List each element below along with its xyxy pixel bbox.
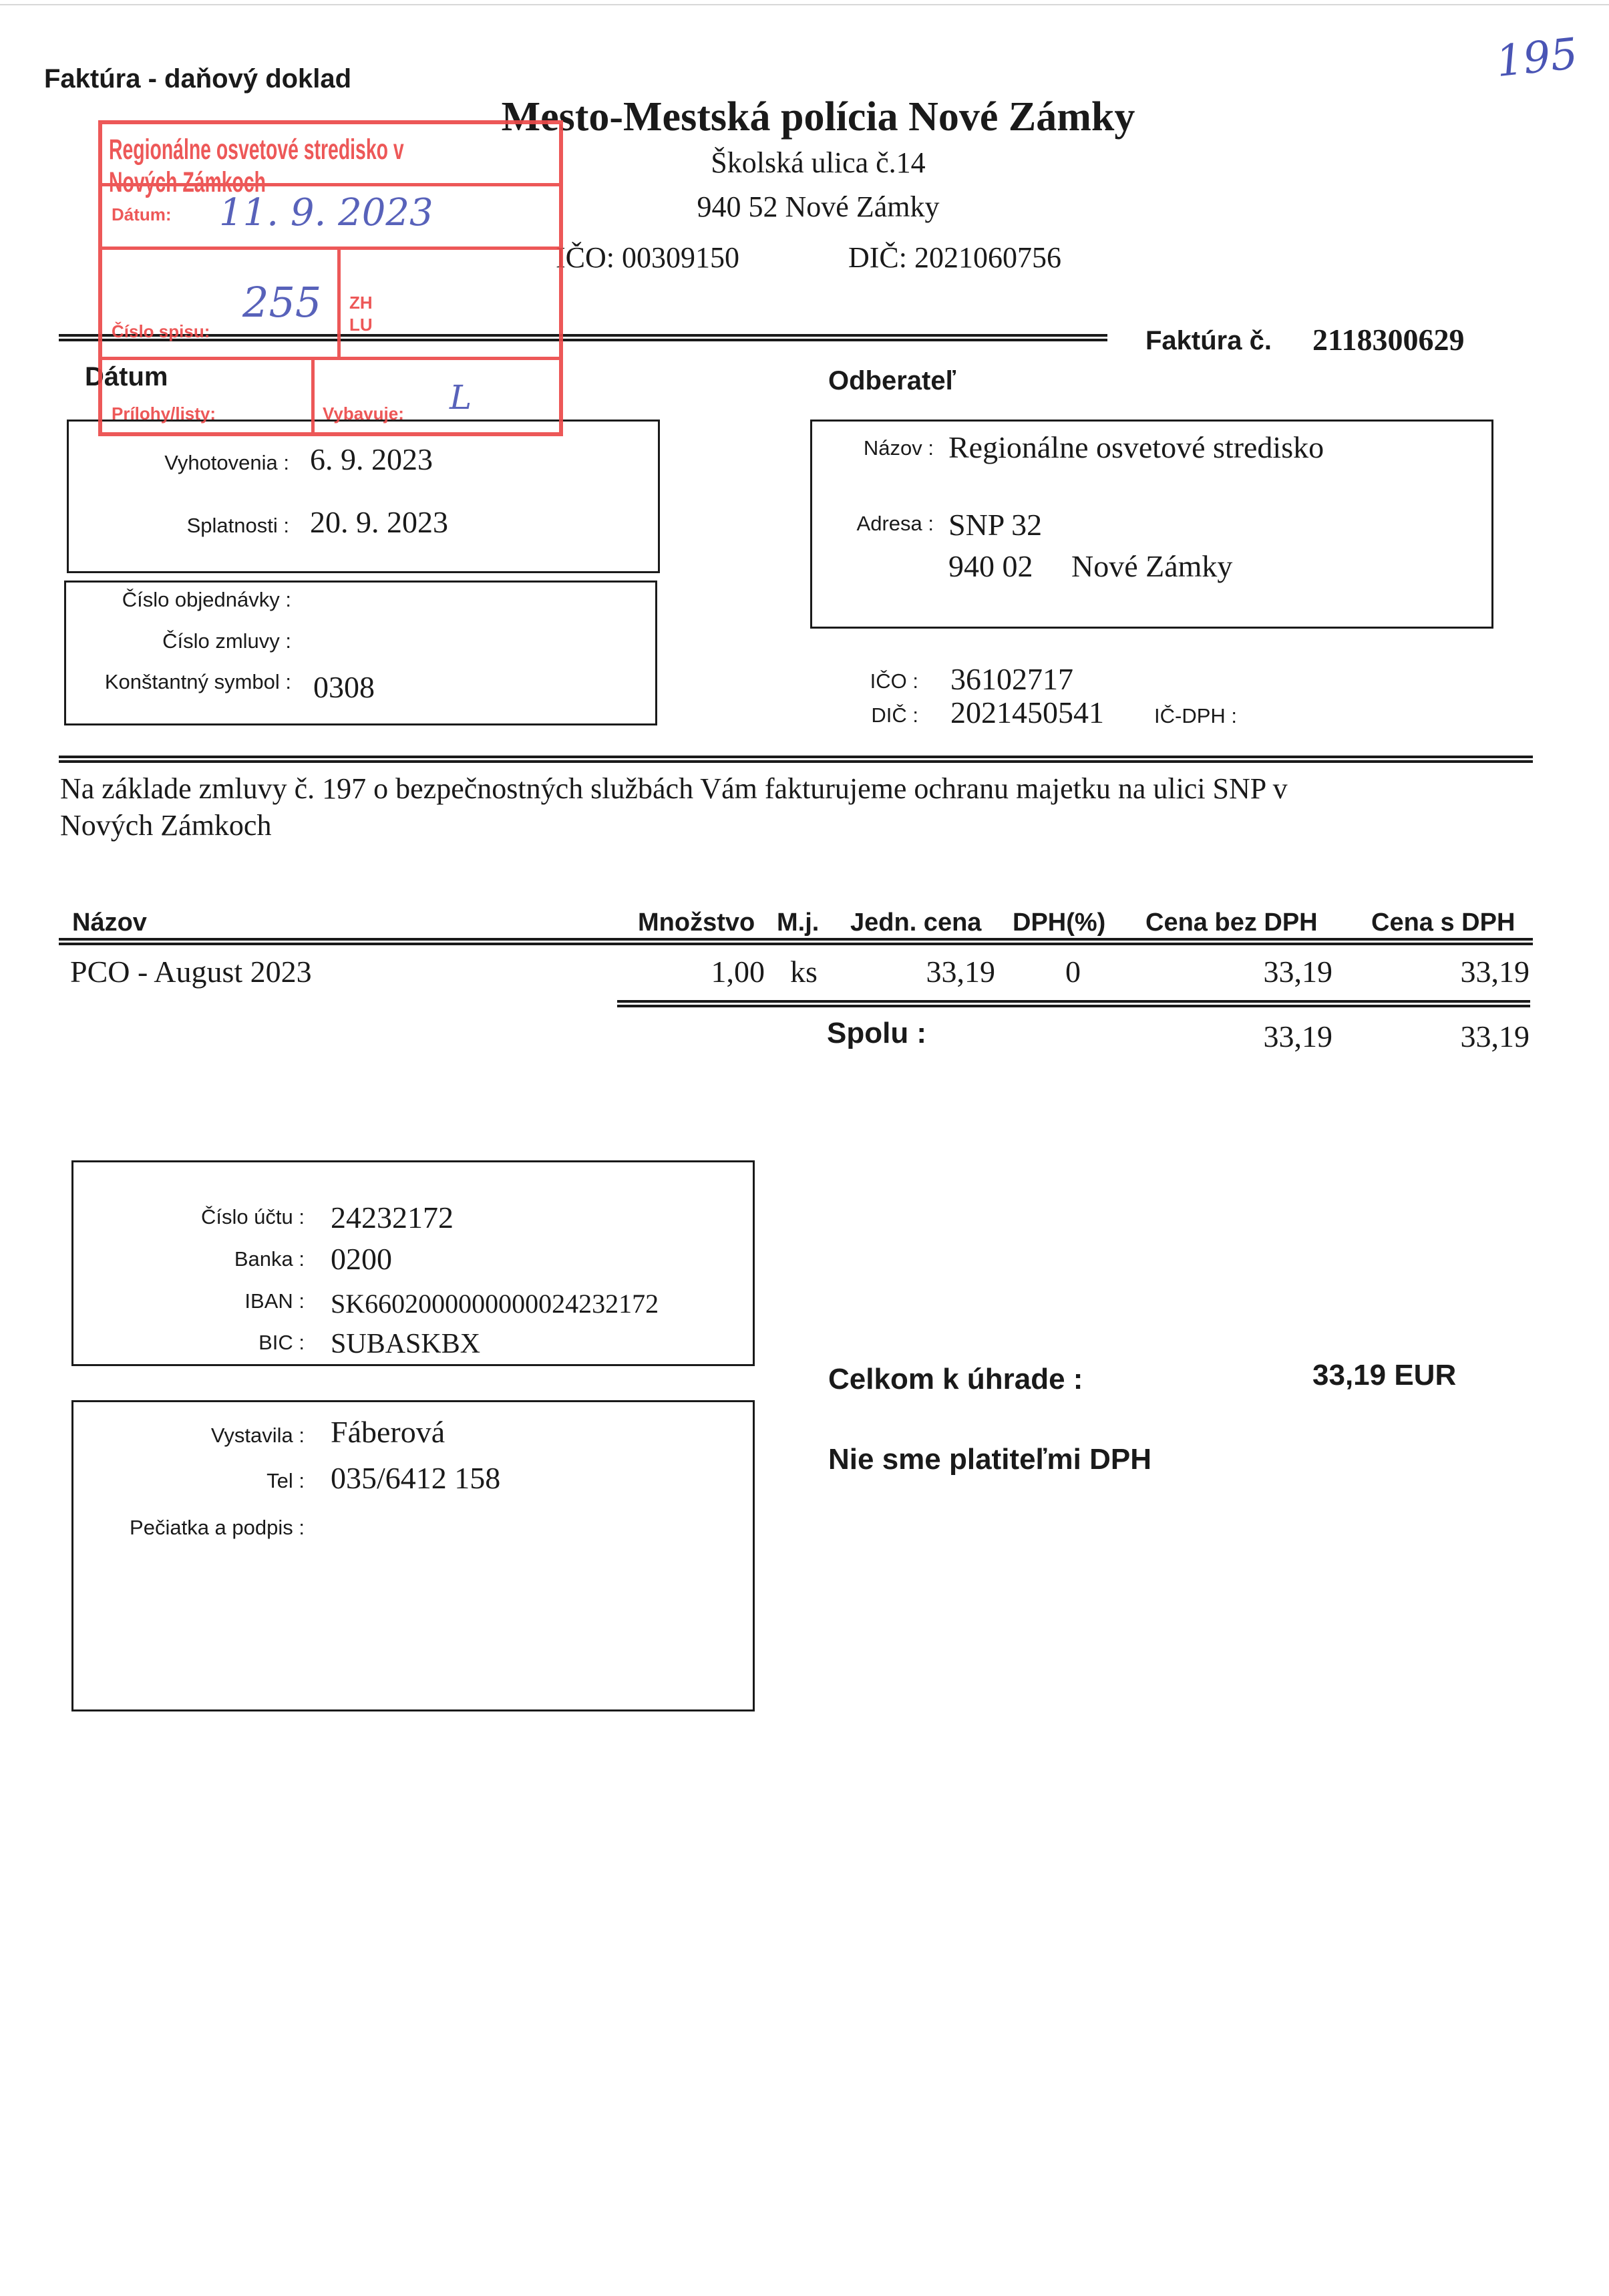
customer-dic-label: DIČ : [835,703,918,727]
item-name: PCO - August 2023 [70,954,312,989]
issued-by-label: Vystavila : [73,1424,305,1448]
customer-box: Názov : Regionálne osvetové stredisko Ad… [810,420,1493,629]
item-gross: 33,19 [1399,954,1530,989]
bic-label: BIC : [73,1331,305,1355]
item-qty: 1,00 [668,954,765,989]
customer-address-city: Nové Zámky [1071,548,1232,584]
issuer-ico: IČO: 00309150 [556,240,739,275]
stamp-dept-line-2: LU [349,315,373,335]
customer-address-zip: 940 02 [948,548,1033,584]
bic: SUBASKBX [331,1328,480,1360]
stamp-dept-line-1: ZH [349,293,373,313]
col-header-unit: M.j. [777,909,819,937]
total-gross: 33,19 [1399,1019,1530,1054]
issued-by-box: Vystavila : Fáberová Tel : 035/6412 158 … [71,1400,755,1711]
col-header-vat-pct: DPH(%) [1013,909,1105,937]
iban: SK6602000000000024232172 [331,1288,659,1319]
scan-top-edge [0,4,1609,5]
contract-number-label: Číslo zmluvy : [66,629,291,653]
stamp-file-label: Číslo spisu: [112,321,210,342]
bank-box: Číslo účtu : 24232172 Banka : 0200 IBAN … [71,1160,755,1366]
account-number-label: Číslo účtu : [73,1205,305,1229]
col-header-qty: Množstvo [638,909,755,937]
section-divider [59,756,1533,763]
stamp-handler-label: Vybavuje: [323,403,404,424]
total-label: Spolu : [827,1017,926,1050]
stamp-date-label: Dátum: [112,204,172,225]
references-box: Číslo objednávky : Číslo zmluvy : Konšta… [64,581,657,725]
document-title: Faktúra - daňový doklad [44,64,351,94]
issuer-dic: DIČ: 2021060756 [848,240,1061,275]
handwritten-page-number: 195 [1493,29,1580,87]
invoice-number-label: Faktúra č. [1145,326,1272,356]
order-number-label: Číslo objednávky : [66,588,291,612]
table-header-divider [59,938,1533,945]
bank-code-label: Banka : [73,1247,305,1271]
description-line-1: Na základe zmluvy č. 197 o bezpečnostnýc… [60,772,1288,806]
stamp-date-value: 11. 9. 2023 [219,191,433,234]
due-date-label: Splatnosti : [69,514,289,538]
customer-dic: 2021450541 [950,695,1104,730]
phone-number: 035/6412 158 [331,1460,500,1496]
vat-status-note: Nie sme platiteľmi DPH [828,1443,1151,1476]
customer-address-street: SNP 32 [948,507,1042,542]
customer-name-label: Názov : [812,436,934,460]
description-line-2: Nových Zámkoch [60,808,271,842]
phone-label: Tel : [73,1469,305,1493]
issued-date: 6. 9. 2023 [310,442,433,477]
col-header-name: Názov [72,909,147,937]
total-due-label: Celkom k úhrade : [828,1363,1083,1396]
iban-label: IBAN : [73,1289,305,1313]
stamp-file-value: 255 [242,278,321,327]
customer-ico: 36102717 [950,661,1073,697]
customer-name: Regionálne osvetové stredisko [948,430,1324,465]
issued-by-name: Fáberová [331,1414,445,1450]
registry-stamp: Regionálne osvetové stredisko v Nových Z… [98,120,563,436]
due-date: 20. 9. 2023 [310,504,448,540]
stamp-divider [337,250,341,357]
col-header-gross: Cena s DPH [1371,909,1515,937]
issued-date-label: Vyhotovenia : [69,451,289,475]
stamp-file-row [102,250,559,360]
stamp-divider [311,360,315,434]
customer-ico-label: IČO : [835,669,918,693]
stamp-organization: Regionálne osvetové stredisko v Nových Z… [109,134,406,199]
bank-code: 0200 [331,1241,392,1277]
item-net: 33,19 [1202,954,1332,989]
total-net: 33,19 [1202,1019,1332,1054]
totals-divider [617,1000,1530,1007]
stamp-attachments-label: Prílohy/listy: [112,403,216,424]
dates-box: Vyhotovenia : 6. 9. 2023 Splatnosti : 20… [67,420,660,573]
total-due-amount: 33,19 EUR [1312,1359,1456,1392]
customer-address-label: Adresa : [812,512,934,536]
col-header-net: Cena bez DPH [1145,909,1318,937]
constant-symbol: 0308 [313,669,375,705]
stamp-signature-label: Pečiatka a podpis : [73,1516,305,1540]
constant-symbol-label: Konštantný symbol : [66,670,291,694]
col-header-unit-price: Jedn. cena [850,909,981,937]
invoice-number: 2118300629 [1312,322,1464,357]
customer-icdph-label: IČ-DPH : [1154,704,1237,728]
customer-section-label: Odberateľ [828,366,956,396]
item-unit: ks [790,954,818,989]
stamp-handler-initials: L [450,378,472,417]
account-number: 24232172 [331,1200,454,1235]
item-vat-pct: 0 [1065,954,1081,989]
item-unit-price: 33,19 [868,954,995,989]
